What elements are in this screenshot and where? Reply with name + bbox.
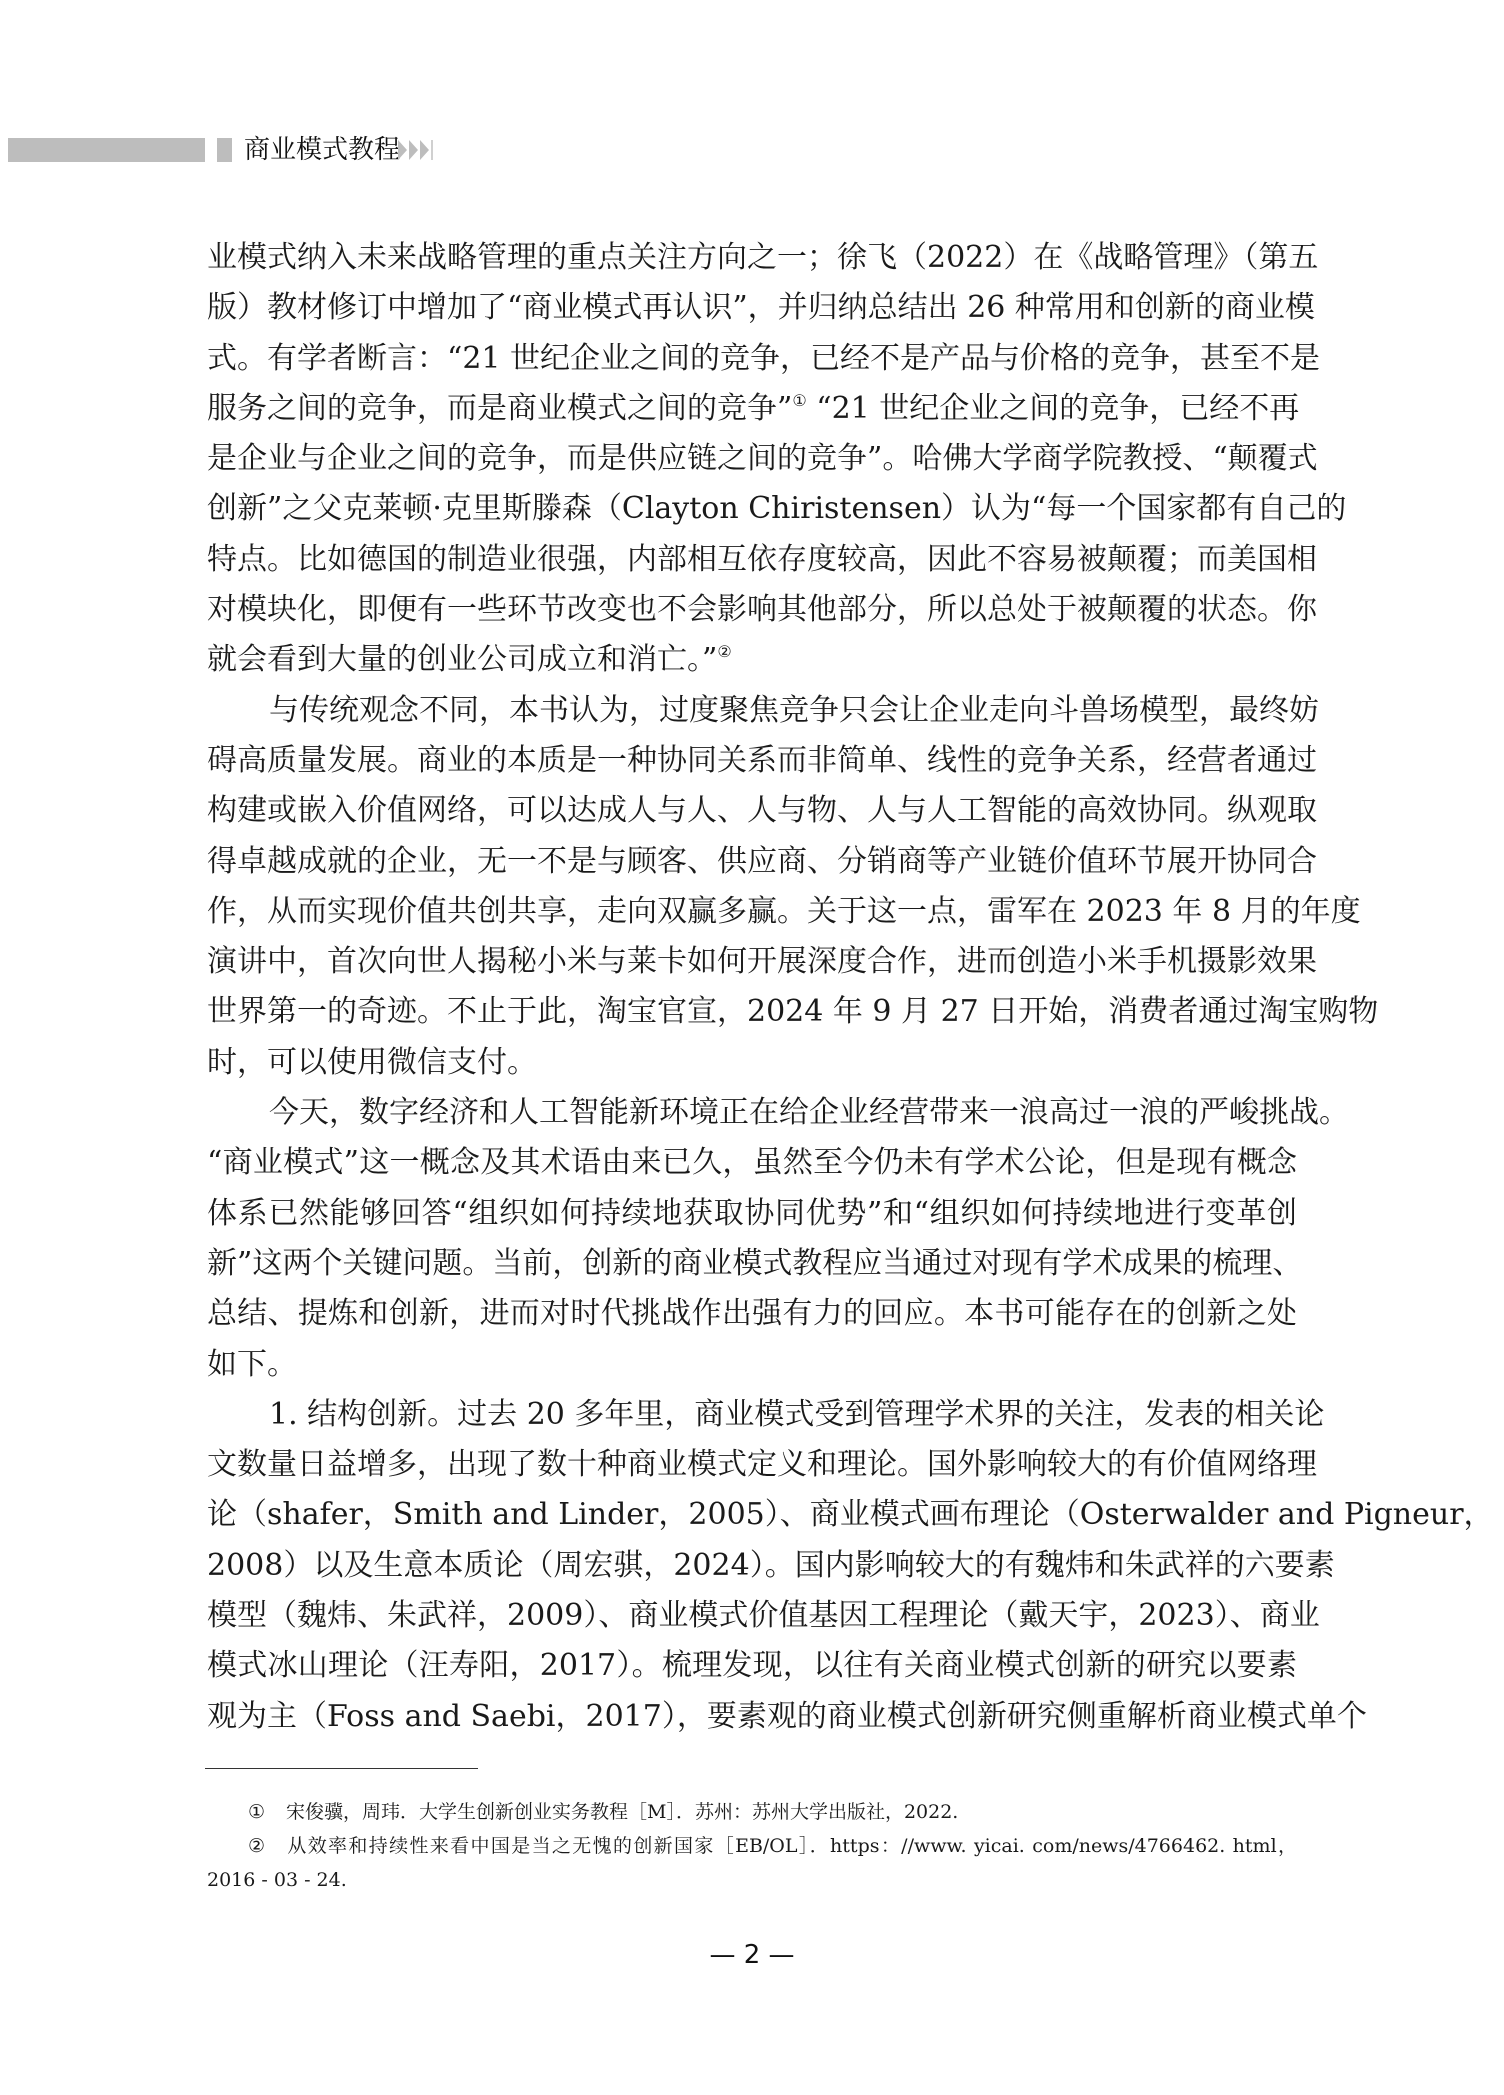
footnote-text: 宋俊骥，周玮．大学生创新创业实务教程［M］．苏州：苏州大学出版社，2022. (286, 1801, 958, 1823)
text-line: 总结、提炼和创新，进而对时代挑战作出强有力的回应。本书可能存在的创新之处 (207, 1289, 1297, 1339)
text-line: “商业模式”这一概念及其术语由来已久，虽然至今仍未有学术公论，但是现有概念 (207, 1138, 1297, 1188)
footnote-marker: ① (248, 1795, 286, 1829)
footnote-text: 从效率和持续性来看中国是当之无愧的创新国家［EB/OL］．https：//www… (286, 1835, 1297, 1857)
text-line: 构建或嵌入价值网络，可以达成人与人、人与物、人与人工智能的高效协同。纵观取 (207, 786, 1297, 836)
footnote-marker: ② (248, 1829, 286, 1863)
text-line: 论（shafer，Smith and Linder，2005）、商业模式画布理论… (207, 1490, 1297, 1540)
running-header: 商业模式教程 (0, 138, 600, 162)
book-title: 商业模式教程 (244, 133, 400, 167)
text-line: 观为主（Foss and Saebi，2017），要素观的商业模式创新研究侧重解… (207, 1692, 1297, 1742)
text-line: 碍高质量发展。商业的本质是一种协同关系而非简单、线性的竞争关系，经营者通过 (207, 736, 1297, 786)
text-line: 世界第一的奇迹。不止于此，淘宝官宣，2024 年 9 月 27 日开始，消费者通… (207, 987, 1297, 1037)
triple-chevron-right-icon (398, 140, 435, 160)
text-line: 业模式纳入未来战略管理的重点关注方向之一；徐飞（2022）在《战略管理》（第五 (207, 233, 1297, 283)
text-line: 得卓越成就的企业，无一不是与顾客、供应商、分销商等产业链价值环节展开协同合 (207, 837, 1297, 887)
header-decorative-bar (8, 138, 205, 162)
text-line: 是企业与企业之间的竞争，而是供应链之间的竞争”。哈佛大学商学院教授、“颠覆式 (207, 434, 1297, 484)
text-segment: 就会看到大量的创业公司成立和消亡。” (207, 642, 717, 677)
footnote-ref-1[interactable]: ① (792, 391, 806, 410)
paragraph-start-line: 今天，数字经济和人工智能新环境正在给企业经营带来一浪高过一浪的严峻挑战。 (207, 1088, 1297, 1138)
text-segment: “21 世纪企业之间的竞争，已经不再 (816, 391, 1299, 426)
footnote-2: ②从效率和持续性来看中国是当之无愧的创新国家［EB/OL］．https：//ww… (207, 1829, 1297, 1863)
page-number: — 2 — (0, 1940, 1504, 1970)
text-line: 模型（魏炜、朱武祥，2009）、商业模式价值基因工程理论（戴天宇，2023）、商… (207, 1591, 1297, 1641)
text-line-with-footnote-ref: 服务之间的竞争，而是商业模式之间的竞争”① “21 世纪企业之间的竞争，已经不再 (207, 384, 1297, 434)
paragraph-start-line: 与传统观念不同，本书认为，过度聚焦竞争只会让企业走向斗兽场模型，最终妨 (207, 686, 1297, 736)
footnotes: ①宋俊骥，周玮．大学生创新创业实务教程［M］．苏州：苏州大学出版社，2022. … (207, 1795, 1297, 1897)
text-line: 特点。比如德国的制造业很强，内部相互依存度较高，因此不容易被颠覆；而美国相 (207, 535, 1297, 585)
text-line: 文数量日益增多，出现了数十种商业模式定义和理论。国外影响较大的有价值网络理 (207, 1440, 1297, 1490)
text-line-with-footnote-ref: 就会看到大量的创业公司成立和消亡。”② (207, 635, 1297, 685)
footnote-ref-2[interactable]: ② (717, 642, 731, 661)
text-line: 体系已然能够回答“组织如何持续地获取协同优势”和“组织如何持续地进行变革创 (207, 1189, 1297, 1239)
header-decorative-square (217, 138, 232, 162)
footnote-divider (205, 1768, 478, 1769)
text-line: 新”这两个关键问题。当前，创新的商业模式教程应当通过对现有学术成果的梳理、 (207, 1239, 1297, 1289)
footnote-2-continuation: 2016 - 03 - 24. (207, 1863, 1297, 1897)
text-line: 版）教材修订中增加了“商业模式再认识”，并归纳总结出 26 种常用和创新的商业模 (207, 283, 1297, 333)
text-line: 如下。 (207, 1340, 1297, 1390)
text-line: 时，可以使用微信支付。 (207, 1038, 1297, 1088)
text-line: 2008）以及生意本质论（周宏骐，2024）。国内影响较大的有魏炜和朱武祥的六要… (207, 1541, 1297, 1591)
text-line: 作，从而实现价值共创共享，走向双赢多赢。关于这一点，雷军在 2023 年 8 月… (207, 887, 1297, 937)
paragraph-start-line: 1. 结构创新。过去 20 多年里，商业模式受到管理学术界的关注，发表的相关论 (207, 1390, 1297, 1440)
text-line: 创新”之父克莱顿·克里斯滕森（Clayton Chiristensen）认为“每… (207, 484, 1297, 534)
text-line: 演讲中，首次向世人揭秘小米与莱卡如何开展深度合作，进而创造小米手机摄影效果 (207, 937, 1297, 987)
text-line: 模式冰山理论（汪寿阳，2017）。梳理发现，以往有关商业模式创新的研究以要素 (207, 1641, 1297, 1691)
footnote-1: ①宋俊骥，周玮．大学生创新创业实务教程［M］．苏州：苏州大学出版社，2022. (207, 1795, 1297, 1829)
text-line: 式。有学者断言：“21 世纪企业之间的竞争，已经不是产品与价格的竞争，甚至不是 (207, 334, 1297, 384)
text-segment: 服务之间的竞争，而是商业模式之间的竞争” (207, 391, 792, 426)
text-line: 对模块化，即便有一些环节改变也不会影响其他部分，所以总处于被颠覆的状态。你 (207, 585, 1297, 635)
body-text: 业模式纳入未来战略管理的重点关注方向之一；徐飞（2022）在《战略管理》（第五 … (207, 233, 1297, 1742)
